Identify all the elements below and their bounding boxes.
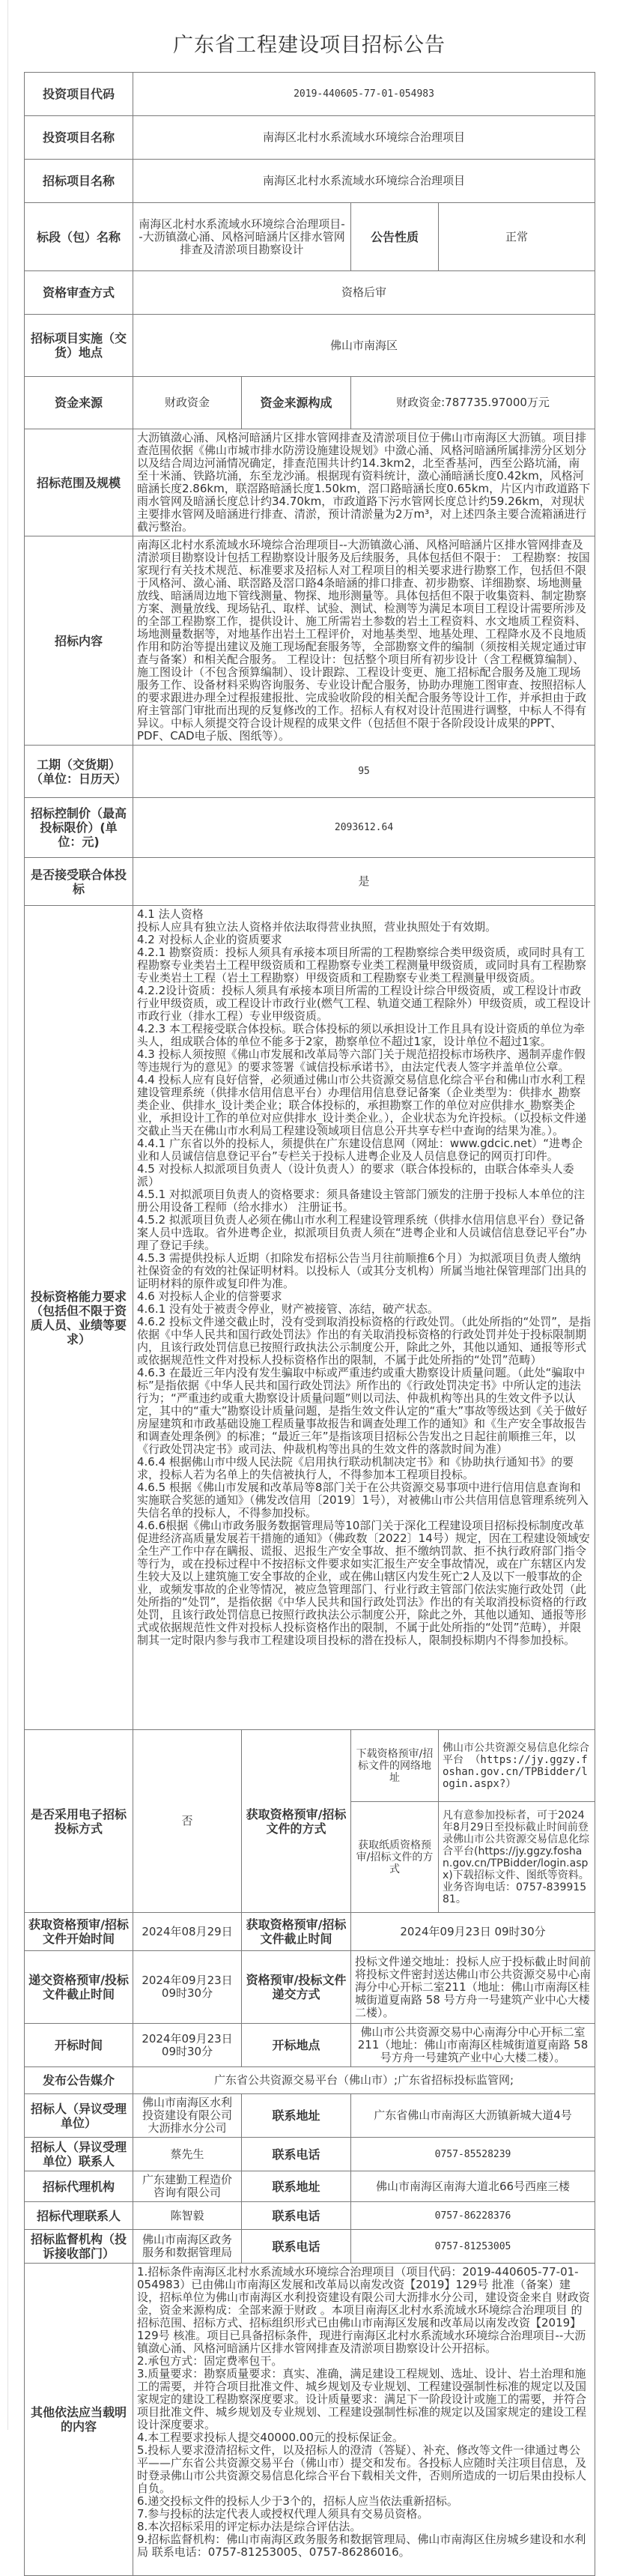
agency-address-value: 佛山市南海区南海大道北66号西座三楼 bbox=[351, 2171, 595, 2202]
electronic-value: 否 bbox=[133, 1730, 242, 1913]
agency-contact-value: 陈智毅 bbox=[133, 2202, 242, 2230]
content-value: 南海区北村水系流域水环境综合治理项目--大沥镇潋心涌、风格河暗涵片区排水管网排查… bbox=[133, 536, 595, 746]
other-paragraph: 2.承包方式：固定费率包干。 bbox=[137, 2355, 591, 2368]
qualification-review-value: 资格后审 bbox=[133, 271, 595, 315]
control-price-label: 招标控制价（最高投标限价）(单位：元) bbox=[25, 798, 133, 858]
other-label: 其他依法应当载明的内容 bbox=[25, 2264, 133, 2576]
investment-code-label: 投资项目代码 bbox=[25, 73, 133, 116]
qualification-paragraph: 4.3 投标人须按照《佛山市发展和改革局等六部门关于规范招投标市场秩序、遏制弄虚… bbox=[137, 1048, 591, 1074]
qualification-paragraph: 4.5.3 需提供投标人近期（扣除发布招标公告当月往前顺推6个月）为拟派项目负责… bbox=[137, 1252, 591, 1290]
qualification-paragraph: 4.6 对投标人企业的信誉要求 bbox=[137, 1290, 591, 1303]
qualification-paragraph: 4.5.2 拟派项目负责人必须在佛山市水利工程建设管理系统（供排水信用信息平台）… bbox=[137, 1214, 591, 1252]
tender-project-name-label: 招标项目名称 bbox=[25, 160, 133, 203]
qualification-paragraph: 4.4.1 广东省以外的投标人，须提供在广东建设信息网（网址：www.gdcic… bbox=[137, 1137, 591, 1163]
notice-page: 广东省工程建设项目招标公告 投资项目代码 2019-440605-77-01-0… bbox=[24, 0, 595, 2576]
agency-value: 广东建勤工程造价咨询有限公司 bbox=[133, 2171, 242, 2202]
qualification-paragraph: 投标人应具有独立法人资格并依法取得营业执照，营业执照处于有效期。 bbox=[137, 921, 591, 934]
submission-deadline-value: 2024年09月23日 09时30分 bbox=[133, 1951, 242, 2024]
submission-deadline-label: 递交资格预审/投标文件截止时间 bbox=[25, 1951, 133, 2024]
row-electronic-download: 是否采用电子招标投标方式 否 获取资格预审/招标文件的方式 下载资格预审/招标文… bbox=[25, 1730, 595, 1802]
opening-time-label: 开标时间 bbox=[25, 2024, 133, 2067]
supervisor-label: 招标监督机构（投诉接收部门） bbox=[25, 2230, 133, 2264]
tender-project-name-value: 南海区北村水系流域水环境综合治理项目 bbox=[133, 160, 595, 203]
tenderer-value: 佛山市南海区水利投资建设有限公司大沥排水分公司 bbox=[133, 2094, 242, 2138]
qualification-review-label: 资格审查方式 bbox=[25, 271, 133, 315]
media-label: 发布公告媒介 bbox=[25, 2067, 133, 2094]
row-duration: 工期（交货期）（单位：日历天） 95 bbox=[25, 746, 595, 798]
other-paragraph: 7.参与投标的法定代表人或授权代理人须具有交易员资格。 bbox=[137, 2508, 591, 2521]
row-media: 发布公告媒介 广东省公共资源交易平台（佛山市）;广东省招标投标监管网; bbox=[25, 2067, 595, 2094]
row-section-name: 标段（包）名称 南海区北村水系流域水环境综合治理项目--大沥镇潋心涌、风格河暗涵… bbox=[25, 203, 595, 271]
doc-end-label: 获取资格预审/招标文件截止时间 bbox=[242, 1913, 351, 1951]
other-paragraph: 5.投标人要求澄清招标文件，以及招标人的澄清（答疑）、补充、修改等文件一律通过粤… bbox=[137, 2444, 591, 2495]
qualification-value: 4.1 法人资格 投标人应具有独立法人资格并依法取得营业执照，营业执照处于有效期… bbox=[133, 906, 595, 1730]
duration-label: 工期（交货期）（单位：日历天） bbox=[25, 746, 133, 798]
tenderer-address-label: 联系地址 bbox=[242, 2094, 351, 2138]
submission-method-label: 资格预审/投标文件递交方式 bbox=[242, 1951, 351, 2024]
paper-method-value: 凡有意参加投标者，可于2024年8月29日至投标截止时间前登录佛山市公共资源交易… bbox=[439, 1802, 595, 1913]
row-tender-project-name: 招标项目名称 南海区北村水系流域水环境综合治理项目 bbox=[25, 160, 595, 203]
row-supervisor: 招标监督机构（投诉接收部门） 佛山市南海区政务服务和数据管理局 联系电话 075… bbox=[25, 2230, 595, 2264]
investment-name-value: 南海区北村水系流域水环境综合治理项目 bbox=[133, 116, 595, 160]
scope-value: 大沥镇潋心涌、风格河暗涵片区排水管网排查及清淤项目位于佛山市南海区大沥镇。项目排… bbox=[133, 429, 595, 536]
row-content: 招标内容 南海区北村水系流域水环境综合治理项目--大沥镇潋心涌、风格河暗涵片区排… bbox=[25, 536, 595, 746]
qualification-paragraph: 4.5 对投标人拟派项目负责人（设计负责人）的要求（联合体投标的，由联合体牵头人… bbox=[137, 1163, 591, 1188]
supervisor-phone-value: 0757-81253005 bbox=[351, 2230, 595, 2264]
scope-label: 招标范围及规模 bbox=[25, 429, 133, 536]
agency-label: 招标代理机构 bbox=[25, 2171, 133, 2202]
download-address-label: 下载资格预审/招标文件的网络地址 bbox=[351, 1730, 439, 1802]
content-label: 招标内容 bbox=[25, 536, 133, 746]
consortium-value: 是 bbox=[133, 858, 595, 906]
other-paragraph: 9.招标监督机构：佛山市南海区政务服务和数据管理局、佛山市南海区住房城乡建设和水… bbox=[137, 2533, 591, 2559]
opening-place-label: 开标地点 bbox=[242, 2024, 351, 2067]
funding-composition-label: 资金来源构成 bbox=[242, 377, 351, 429]
investment-name-label: 投资项目名称 bbox=[25, 116, 133, 160]
row-agency-contact: 招标代理联系人 陈智毅 联系电话 0757-86228376 bbox=[25, 2202, 595, 2230]
duration-value: 95 bbox=[133, 746, 595, 798]
row-location: 招标项目实施（交货）地点 佛山市南海区 bbox=[25, 315, 595, 377]
tenderer-phone-value: 0757-85528239 bbox=[351, 2138, 595, 2171]
funding-value: 财政资金 bbox=[133, 377, 242, 429]
qualification-paragraph: 4.2 对投标人企业的资质要求 bbox=[137, 934, 591, 946]
qualification-paragraph: 4.1 法人资格 bbox=[137, 908, 591, 921]
row-agency: 招标代理机构 广东建勤工程造价咨询有限公司 联系地址 佛山市南海区南海大道北66… bbox=[25, 2171, 595, 2202]
other-value: 1.招标条件南海区北村水系流域水环境综合治理项目（项目代码：2019-44060… bbox=[133, 2264, 595, 2576]
other-paragraph: 6.递交投标文件的投标人少于3个的，招标人应当依法重新招标。 bbox=[137, 2495, 591, 2508]
supervisor-phone-label: 联系电话 bbox=[242, 2230, 351, 2264]
download-address-link[interactable]: 佛山市公共资源交易信息化综合平台 （https://jy.ggzy.foshan… bbox=[439, 1730, 595, 1802]
row-opening: 开标时间 2024年09月23日 09时30分 开标地点 佛山市公共资源交易中心… bbox=[25, 2024, 595, 2067]
notice-type-value: 正常 bbox=[439, 203, 595, 271]
qualification-paragraph: 4.6.4 根据佛山市中级人民法院《启用执行联动机制决定书》和《协助执行通知书》… bbox=[137, 1456, 591, 1481]
qualification-paragraph: 4.6.1 没有处于被责令停业，财产被接管、冻结，破产状态。 bbox=[137, 1303, 591, 1316]
location-label: 招标项目实施（交货）地点 bbox=[25, 315, 133, 377]
agency-contact-label: 招标代理联系人 bbox=[25, 2202, 133, 2230]
paper-method-label: 获取纸质资格预审/招标文件的方式 bbox=[351, 1802, 439, 1913]
page-title: 广东省工程建设项目招标公告 bbox=[24, 0, 595, 72]
row-submission: 递交资格预审/投标文件截止时间 2024年09月23日 09时30分 资格预审/… bbox=[25, 1951, 595, 2024]
other-paragraph: 8.本次招标采用的评定标办法是综合评估法。 bbox=[137, 2521, 591, 2533]
qualification-label: 投标资格能力要求（包括但不限于资质人员、业绩等要求） bbox=[25, 906, 133, 1730]
doc-start-value: 2024年08月29日 bbox=[133, 1913, 242, 1951]
submission-method-value: 投标文件递交地址：投标人应于投标截止时间前将投标文件密封送达佛山市公共资源交易中… bbox=[351, 1951, 595, 2024]
notice-table: 投资项目代码 2019-440605-77-01-054983 投资项目名称 南… bbox=[24, 72, 595, 2576]
opening-time-value: 2024年09月23日 09时30分 bbox=[133, 2024, 242, 2067]
row-investment-code: 投资项目代码 2019-440605-77-01-054983 bbox=[25, 73, 595, 116]
row-consortium: 是否接受联合体投标 是 bbox=[25, 858, 595, 906]
doc-method-label: 获取资格预审/招标文件的方式 bbox=[242, 1730, 351, 1913]
qualification-paragraph: 4.2.2设计资质：投标人须具有承接本项目所需的工程设计综合甲级资质，或工程设计… bbox=[137, 985, 591, 1023]
other-paragraph: 4.本工程要求投标人提交40000.00元的投标保证金。 bbox=[137, 2431, 591, 2444]
section-name-label: 标段（包）名称 bbox=[25, 203, 133, 271]
qualification-paragraph: 4.6.2 投标文件递交截止时，没有受到取消投标资格的行政处罚。（此处所指的“处… bbox=[137, 1316, 591, 1367]
row-other: 其他依法应当载明的内容 1.招标条件南海区北村水系流域水环境综合治理项目（项目代… bbox=[25, 2264, 595, 2576]
other-paragraph: 3.质量要求：勘察质量要求：真实、准确，满足建设工程规划、选址、设计、岩土治理和… bbox=[137, 2368, 591, 2431]
qualification-paragraph: 4.6.6根据《佛山市政务服务数据管理局等10部门关于深化工程建设项目招标投标制… bbox=[137, 1520, 591, 1647]
opening-place-value: 佛山市公共资源交易中心南海分中心开标二室211（地址：佛山市南海区桂城街道夏南路… bbox=[351, 2024, 595, 2067]
tenderer-label: 招标人（异议受理单位） bbox=[25, 2094, 133, 2138]
investment-code-value: 2019-440605-77-01-054983 bbox=[133, 73, 595, 116]
doc-start-label: 获取资格预审/招标文件开始时间 bbox=[25, 1913, 133, 1951]
row-funding: 资金来源 财政资金 资金来源构成 财政资金:787735.97000万元 bbox=[25, 377, 595, 429]
tenderer-contact-value: 蔡先生 bbox=[133, 2138, 242, 2171]
electronic-label: 是否采用电子招标投标方式 bbox=[25, 1730, 133, 1913]
row-qualification-review: 资格审查方式 资格后审 bbox=[25, 271, 595, 315]
row-qualification: 投标资格能力要求（包括但不限于资质人员、业绩等要求） 4.1 法人资格 投标人应… bbox=[25, 906, 595, 1730]
media-value: 广东省公共资源交易平台（佛山市）;广东省招标投标监管网; bbox=[133, 2067, 595, 2094]
qualification-paragraph: 4.2.3 本工程接受联合体投标。联合体投标的须以承担设计工作且具有设计资质的单… bbox=[137, 1023, 591, 1048]
consortium-label: 是否接受联合体投标 bbox=[25, 858, 133, 906]
qualification-paragraph: 4.6.3 在最近三年内没有发生骗取中标或严重违约或重大勘察设计质量问题。（此处… bbox=[137, 1367, 591, 1456]
agency-phone-value: 0757-86228376 bbox=[351, 2202, 595, 2230]
section-name-value: 南海区北村水系流域水环境综合治理项目--大沥镇潋心涌、风格河暗涵片区排水管网排查… bbox=[133, 203, 351, 271]
supervisor-value: 佛山市南海区政务服务和数据管理局 bbox=[133, 2230, 242, 2264]
tenderer-address-value: 广东省佛山市南海区大沥镇新城大道4号 bbox=[351, 2094, 595, 2138]
page-left-rule bbox=[7, 0, 8, 2430]
doc-end-value: 2024年09月23日 09时30分 bbox=[351, 1913, 595, 1951]
agency-phone-label: 联系电话 bbox=[242, 2202, 351, 2230]
row-doc-time: 获取资格预审/招标文件开始时间 2024年08月29日 获取资格预审/招标文件截… bbox=[25, 1913, 595, 1951]
row-scope: 招标范围及规模 大沥镇潋心涌、风格河暗涵片区排水管网排查及清淤项目位于佛山市南海… bbox=[25, 429, 595, 536]
qualification-paragraph: 4.2.1 勘察资质：投标人须具有承接本项目所需的工程勘察综合类甲级资质，或同时… bbox=[137, 946, 591, 985]
row-investment-name: 投资项目名称 南海区北村水系流域水环境综合治理项目 bbox=[25, 116, 595, 160]
funding-composition-value: 财政资金:787735.97000万元 bbox=[351, 377, 595, 429]
location-value: 佛山市南海区 bbox=[133, 315, 595, 377]
qualification-paragraph: 4.6.5 根据《佛山市发展和改革局等8部门关于在公共资源交易事项中进行信用信息… bbox=[137, 1481, 591, 1520]
notice-type-label: 公告性质 bbox=[351, 203, 439, 271]
qualification-paragraph: 4.4 投标人应有良好信誉，必须通过佛山市公共资源交易信息化综合平台和佛山市水利… bbox=[137, 1074, 591, 1137]
qualification-paragraph: 4.5.1 对拟派项目负责人的资格要求：须具备建设主管部门颁发的注册于投标人本单… bbox=[137, 1188, 591, 1214]
control-price-value: 2093612.64 bbox=[133, 798, 595, 858]
other-paragraph: 1.招标条件南海区北村水系流域水环境综合治理项目（项目代码：2019-44060… bbox=[137, 2266, 591, 2355]
tenderer-phone-label: 联系电话 bbox=[242, 2138, 351, 2171]
row-control-price: 招标控制价（最高投标限价）(单位：元) 2093612.64 bbox=[25, 798, 595, 858]
tenderer-contact-label: 招标人（异议受理单位）联系人 bbox=[25, 2138, 133, 2171]
row-tenderer: 招标人（异议受理单位） 佛山市南海区水利投资建设有限公司大沥排水分公司 联系地址… bbox=[25, 2094, 595, 2138]
funding-label: 资金来源 bbox=[25, 377, 133, 429]
row-tenderer-contact: 招标人（异议受理单位）联系人 蔡先生 联系电话 0757-85528239 bbox=[25, 2138, 595, 2171]
agency-address-label: 联系地址 bbox=[242, 2171, 351, 2202]
